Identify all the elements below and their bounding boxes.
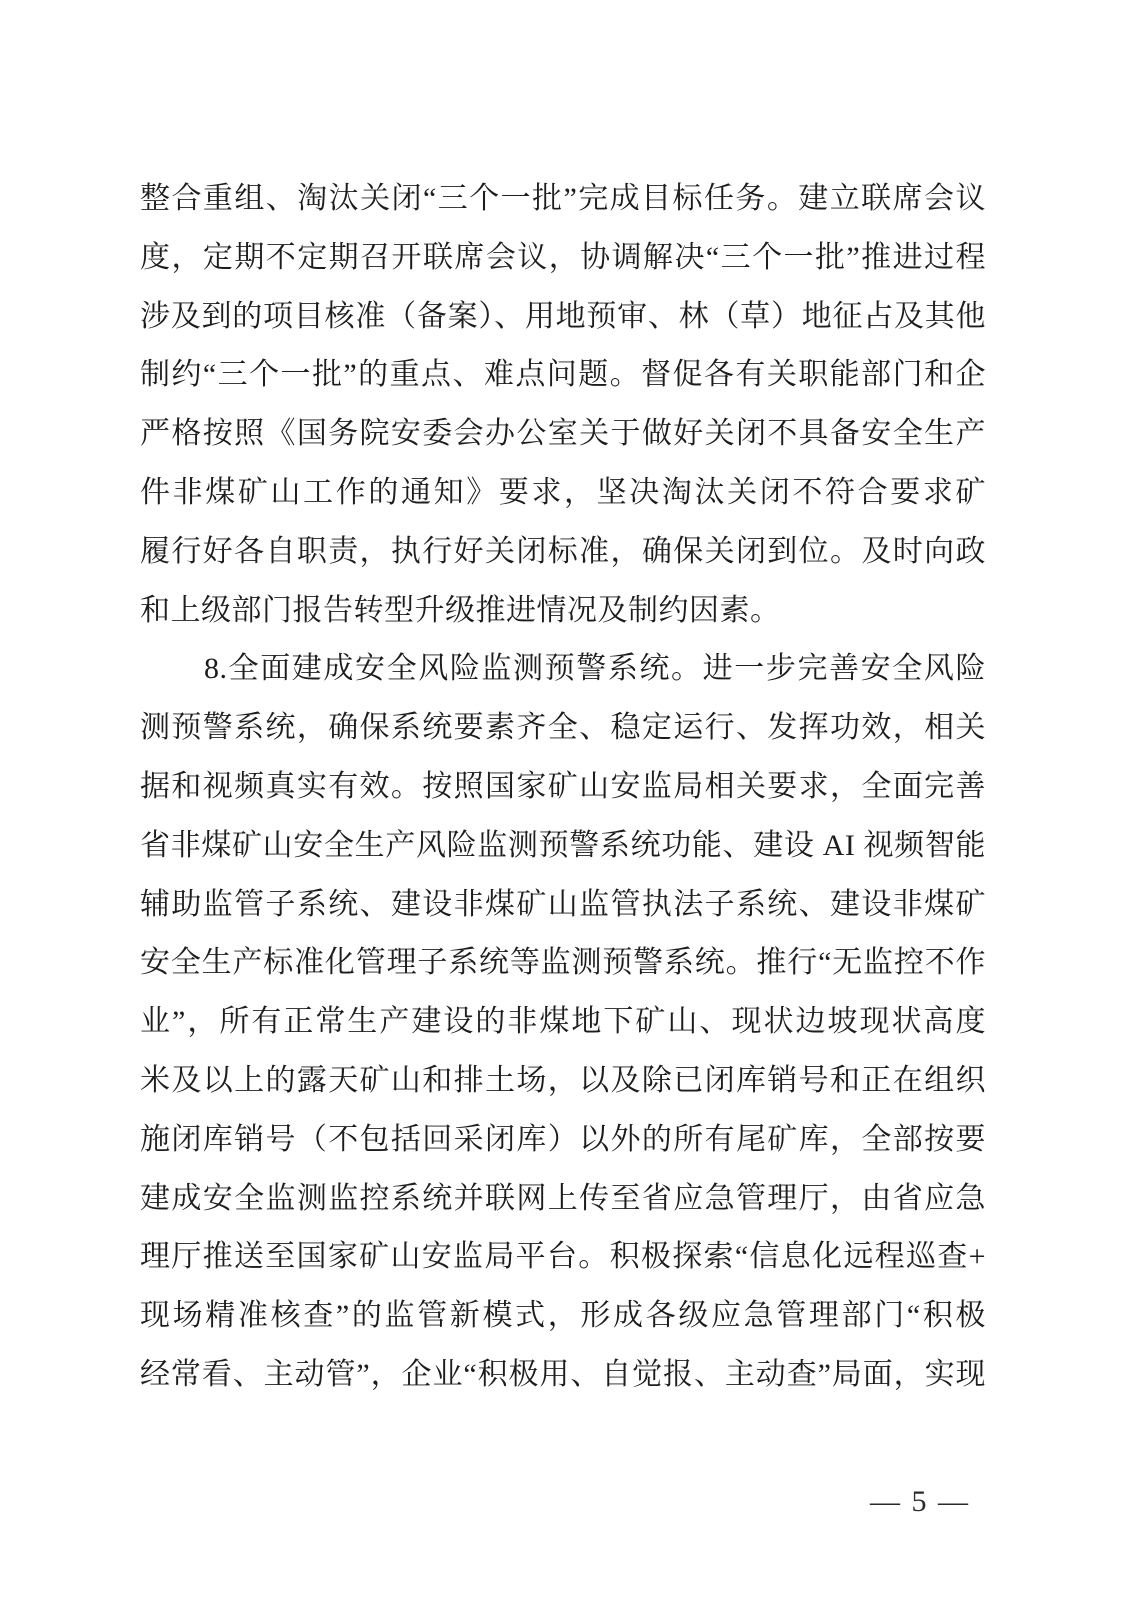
- text-line: 安全生产标准化管理子系统等监测预警系统。推行“无监控不作: [140, 934, 986, 993]
- text-line: 现场精准核查”的监管新模式，形成各级应急管理部门“积极联、: [140, 1287, 986, 1346]
- text-line: 件非煤矿山工作的通知》要求，坚决淘汰关闭不符合要求矿山，: [140, 464, 986, 523]
- text-line: 和上级部门报告转型升级推进情况及制约因素。: [140, 582, 986, 641]
- text-line: 涉及到的项目核准（备案）、用地预审、林（草）地征占及其他: [140, 288, 986, 347]
- text-line: 整合重组、淘汰关闭“三个一批”完成目标任务。建立联席会议制: [140, 170, 986, 229]
- text-line: 8.全面建成安全风险监测预警系统。进一步完善安全风险监: [140, 640, 986, 699]
- text-line: 履行好各自职责，执行好关闭标准，确保关闭到位。及时向政府: [140, 523, 986, 582]
- text-line: 米及以上的露天矿山和排土场，以及除已闭库销号和正在组织实: [140, 1052, 986, 1111]
- text-line: 经常看、主动管”，企业“积极用、自觉报、主动查”局面，实现: [140, 1346, 986, 1405]
- text-line: 施闭库销号（不包括回采闭库）以外的所有尾矿库，全部按要求: [140, 1111, 986, 1170]
- text-line: 辅助监管子系统、建设非煤矿山监管执法子系统、建设非煤矿山: [140, 876, 986, 935]
- text-line: 建成安全监测监控系统并联网上传至省应急管理厅，由省应急管: [140, 1170, 986, 1229]
- document-page: 整合重组、淘汰关闭“三个一批”完成目标任务。建立联席会议制 度，定期不定期召开联…: [0, 0, 1131, 1600]
- page-number: — 5 —: [870, 1484, 970, 1520]
- text-line: 据和视频真实有效。按照国家矿山安监局相关要求，全面完善我: [140, 758, 986, 817]
- text-line: 业”，所有正常生产建设的非煤地下矿山、现状边坡现状高度 150: [140, 993, 986, 1052]
- text-line: 省非煤矿山安全生产风险监测预警系统功能、建设 AI 视频智能: [140, 817, 986, 876]
- text-line: 测预警系统，确保系统要素齐全、稳定运行、发挥功效，相关数: [140, 699, 986, 758]
- text-line: 制约“三个一批”的重点、难点问题。督促各有关职能部门和企业: [140, 346, 986, 405]
- body-text: 整合重组、淘汰关闭“三个一批”完成目标任务。建立联席会议制 度，定期不定期召开联…: [140, 170, 986, 1405]
- text-line: 理厅推送至国家矿山安监局平台。积极探索“信息化远程巡查+: [140, 1228, 986, 1287]
- text-line: 严格按照《国务院安委会办公室关于做好关闭不具备安全生产条: [140, 405, 986, 464]
- text-line: 度，定期不定期召开联席会议，协调解决“三个一批”推进过程中: [140, 229, 986, 288]
